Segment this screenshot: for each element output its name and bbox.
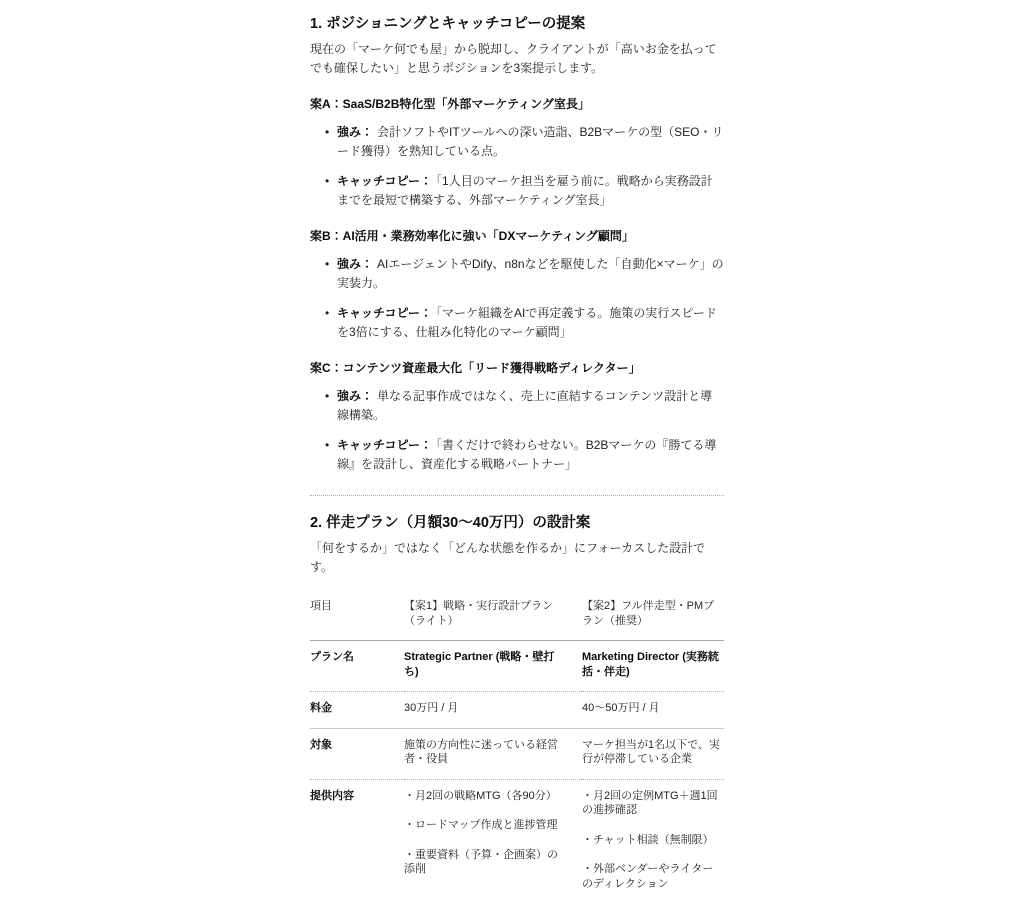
section-divider: [310, 495, 724, 496]
proposal-b-list: 強み：AIエージェントやDify、n8nなどを駆使した「自動化×マーケ」の実装力…: [310, 255, 724, 342]
item-label: キャッチコピー：: [337, 438, 432, 452]
list-item: 強み：単なる記事作成ではなく、売上に直結するコンテンツ設計と導線構築。: [337, 387, 724, 425]
table-header-row: 項目 【案1】戦略・実行設計プラン（ライト） 【案2】フル伴走型・PMプラン（推…: [310, 590, 724, 641]
item-label: 強み：: [337, 257, 373, 271]
section-2-heading: 2. 伴走プラン（月額30〜40万円）の設計案: [310, 513, 724, 534]
section-1-heading: 1. ポジショニングとキャッチコピーの提案: [310, 14, 724, 35]
proposal-c-list: 強み：単なる記事作成ではなく、売上に直結するコンテンツ設計と導線構築。 キャッチ…: [310, 387, 724, 474]
item-text: 会計ソフトやITツールへの深い造詣、B2Bマーケの型（SEO・リード獲得）を熟知…: [337, 125, 723, 158]
list-item: キャッチコピー：「1人目のマーケ担当を雇う前に。戦略から実務設計までを最短で構築…: [337, 172, 724, 210]
item-text: AIエージェントやDify、n8nなどを駆使した「自動化×マーケ」の実装力。: [337, 257, 724, 290]
proposal-b-title: 案B：AI活用・業務効率化に強い「DXマーケティング顧問」: [310, 227, 724, 246]
row-label: プラン名: [310, 641, 404, 692]
row-label: 料金: [310, 692, 404, 712]
list-item: 強み：会計ソフトやITツールへの深い造詣、B2Bマーケの型（SEO・リード獲得）…: [337, 123, 724, 161]
item-label: 強み：: [337, 125, 373, 139]
proposal-a-list: 強み：会計ソフトやITツールへの深い造詣、B2Bマーケの型（SEO・リード獲得）…: [310, 123, 724, 210]
section-1-intro: 現在の「マーケ何でも屋」から脱却し、クライアントが「高いお金を払ってでも確保した…: [310, 40, 724, 78]
proposal-c-title: 案C：コンテンツ資産最大化「リード獲得戦略ディレクター」: [310, 359, 724, 378]
section-2-intro: 「何をするか」ではなく「どんな状態を作るか」にフォーカスした設計です。: [310, 539, 724, 577]
header-cell-plan1: 【案1】戦略・実行設計プラン（ライト）: [404, 590, 582, 641]
table-row-price: 料金 30万円 / 月 40〜50万円 / 月: [310, 692, 724, 712]
list-item: キャッチコピー：「書くだけで終わらせない。B2Bマーケの『勝てる導線』を設計し、…: [337, 436, 724, 474]
table-row-plan-name: プラン名 Strategic Partner (戦略・壁打ち) Marketin…: [310, 641, 724, 692]
list-item: 強み：AIエージェントやDify、n8nなどを駆使した「自動化×マーケ」の実装力…: [337, 255, 724, 293]
plan1-name: Strategic Partner (戦略・壁打ち): [404, 641, 582, 692]
item-label: キャッチコピー：: [337, 174, 432, 188]
plan1-price: 30万円 / 月: [404, 692, 582, 712]
document-content: 1. ポジショニングとキャッチコピーの提案 現在の「マーケ何でも屋」から脱却し、…: [310, 0, 724, 711]
item-label: 強み：: [337, 389, 373, 403]
item-text: 単なる記事作成ではなく、売上に直結するコンテンツ設計と導線構築。: [337, 389, 712, 422]
plan2-name: Marketing Director (実務統括・伴走): [582, 641, 724, 692]
header-cell-item: 項目: [310, 590, 404, 641]
header-cell-plan2: 【案2】フル伴走型・PMプラン（推奨）: [582, 590, 724, 641]
item-label: キャッチコピー：: [337, 306, 432, 320]
plan2-price: 40〜50万円 / 月: [582, 692, 724, 712]
proposal-a-title: 案A：SaaS/B2B特化型「外部マーケティング室長」: [310, 95, 724, 114]
plan-comparison-table: 項目 【案1】戦略・実行設計プラン（ライト） 【案2】フル伴走型・PMプラン（推…: [310, 590, 724, 711]
list-item: キャッチコピー：「マーケ組織をAIで再定義する。施策の実行スピードを3倍にする、…: [337, 304, 724, 342]
